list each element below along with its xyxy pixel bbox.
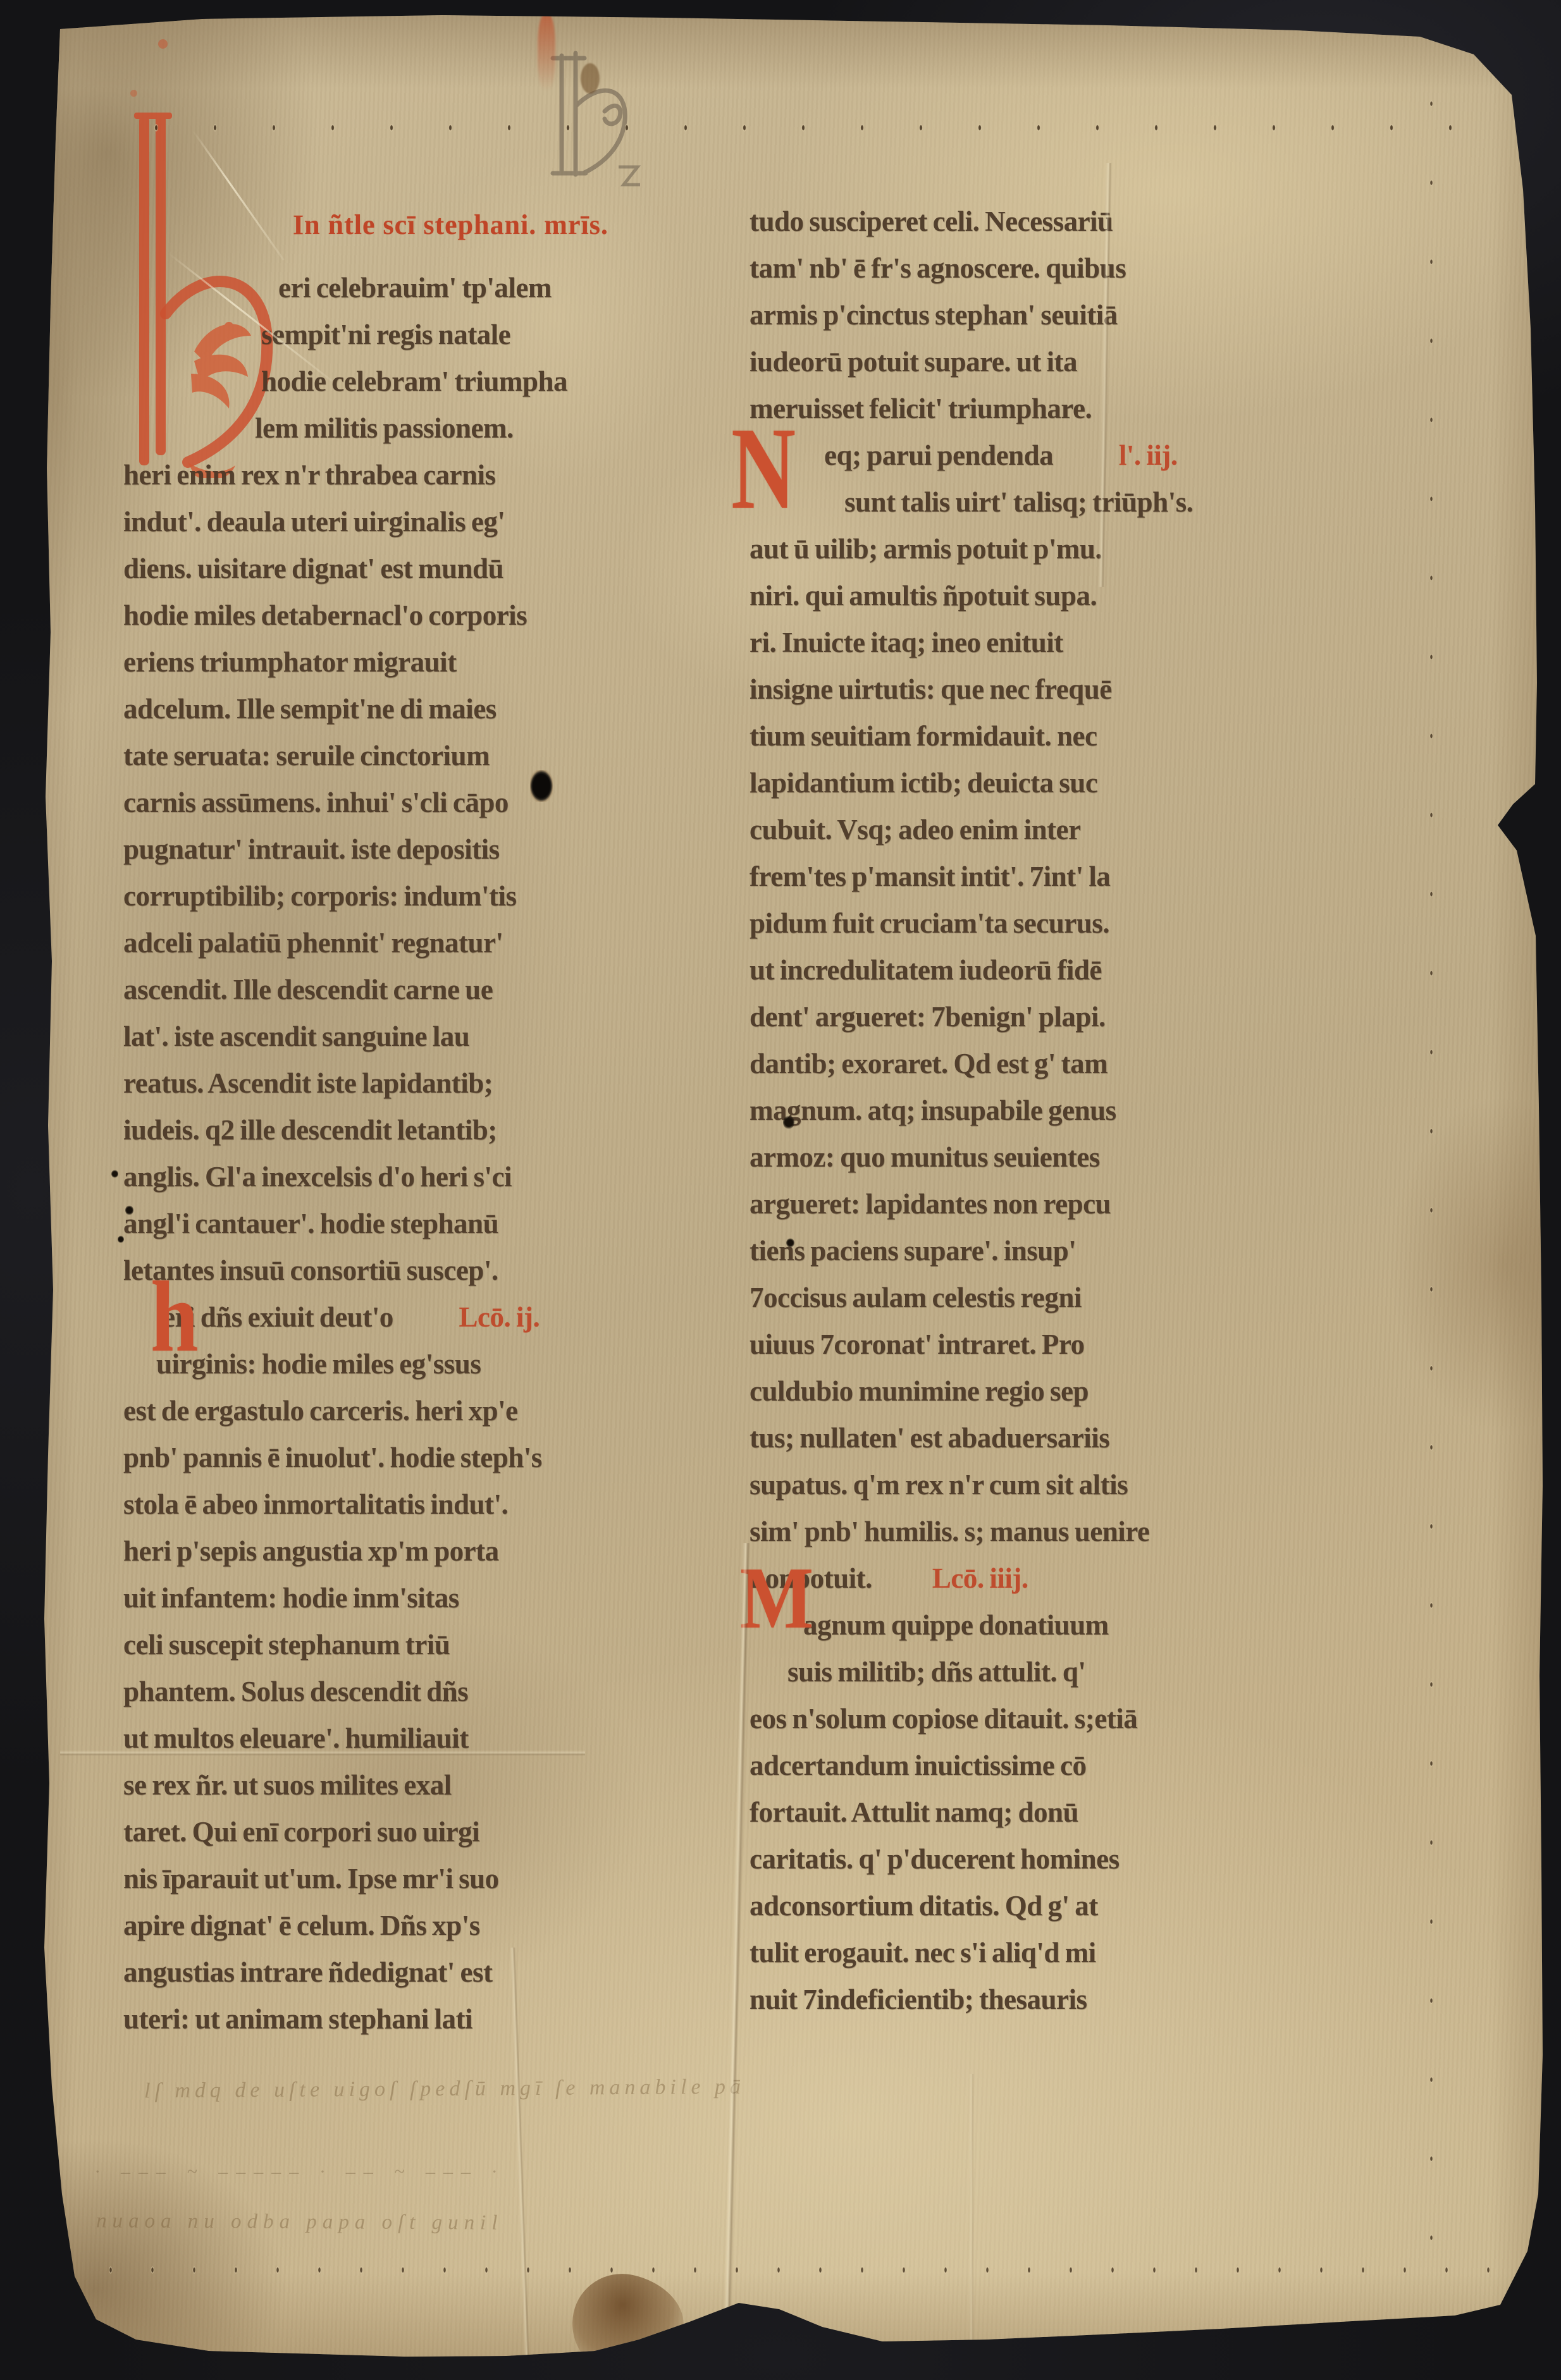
text-line: carnis assūmens. inhui' s'cli cāpo bbox=[123, 779, 591, 826]
text-line: suis militib; dñs attulit. q' bbox=[750, 1648, 1293, 1695]
text-line: adceli palatiū phennit' regnatur' bbox=[123, 919, 591, 966]
text-line: adconsortium ditatis. Qd g' at bbox=[750, 1882, 1293, 1929]
text-run: lem militis passionem. bbox=[255, 412, 514, 444]
text-line: diens. uisitare dignat' est mundū bbox=[123, 545, 591, 592]
text-line: niri. qui amultis ñpotuit supa. bbox=[750, 572, 1293, 619]
text-line: eq; parui pendenda l'. iij. bbox=[750, 432, 1293, 479]
text-run: adceli palatiū phennit' regnatur' bbox=[123, 927, 503, 959]
text-run: pugnatur' intrauit. iste depositis bbox=[123, 833, 500, 865]
text-run: eos n'solum copiose ditauit. s;etiā bbox=[750, 1703, 1137, 1734]
text-line: uteri: ut animam stephani lati bbox=[123, 1996, 591, 2042]
text-line: tiens paciens supare'. insup' bbox=[750, 1227, 1293, 1274]
text-run: pnb' pannis ē inuolut'. hodie steph's bbox=[123, 1442, 542, 1473]
text-line: iudeis. q2 ille descendit letantib; bbox=[123, 1107, 591, 1153]
text-line: sim' pnb' humilis. s; manus uenire bbox=[750, 1508, 1293, 1555]
text-line: hodie miles detabernacl'o corporis bbox=[123, 592, 591, 639]
text-run: iudeis. q2 ille descendit letantib; bbox=[123, 1114, 497, 1146]
text-line: eos n'solum copiose ditauit. s;etiā bbox=[750, 1695, 1293, 1742]
text-line: phantem. Solus descendit dñs bbox=[123, 1668, 591, 1715]
text-run: adconsortium ditatis. Qd g' at bbox=[750, 1890, 1098, 1922]
text-run: eriens triumphator migrauit bbox=[123, 646, 457, 678]
text-line: ascendit. Ille descendit carne ue bbox=[123, 966, 591, 1013]
text-run: apire dignat' ē celum. Dñs xp's bbox=[123, 1910, 480, 1941]
text-run: anglis. Gl'a inexcelsis d'o heri s'ci bbox=[123, 1161, 512, 1193]
text-run: angl'i cantauer'. hodie stephanū bbox=[123, 1208, 498, 1239]
ghost-text-line: lſ mdq de uſte uigoſ ſpedſū mgī ſe manab… bbox=[144, 2075, 745, 2104]
text-line: cubuit. Vsq; adeo enim inter bbox=[750, 806, 1293, 853]
text-line: armoz: quo munitus seuientes bbox=[750, 1134, 1293, 1181]
text-run: tus; nullaten' est abaduersariis bbox=[750, 1422, 1109, 1454]
wormhole bbox=[786, 1238, 794, 1248]
initial-heri: h bbox=[151, 1266, 199, 1367]
text-run: adcelum. Ille sempit'ne di maies bbox=[123, 693, 497, 725]
text-run: 7occisus aulam celestis regni bbox=[750, 1282, 1082, 1313]
text-line: adcertandum inuictissime cō bbox=[750, 1742, 1293, 1789]
wormhole bbox=[118, 1236, 124, 1243]
text-run: lat'. iste ascendit sanguine lau bbox=[123, 1021, 469, 1052]
text-line: hodie celebram' triumpha bbox=[123, 358, 591, 405]
text-run: ut multos eleuare'. humiliauit bbox=[123, 1722, 469, 1754]
text-run: fortauit. Attulit namq; donū bbox=[750, 1796, 1078, 1828]
text-line: tus; nullaten' est abaduersariis bbox=[750, 1414, 1293, 1461]
ink-speck bbox=[581, 63, 600, 94]
lectio-marker: Lcō. ij. bbox=[459, 1301, 540, 1333]
text-run: insigne uirtutis: que nec frequē bbox=[750, 673, 1112, 705]
text-run: uirginis: hodie miles eg'ssus bbox=[156, 1348, 481, 1380]
text-run: caritatis. q' p'ducerent homines bbox=[750, 1843, 1120, 1875]
text-line: reatus. Ascendit iste lapidantib; bbox=[123, 1060, 591, 1107]
text-line: lem militis passionem. bbox=[123, 405, 591, 451]
text-line: dantib; exoraret. Qd est g' tam bbox=[750, 1040, 1293, 1087]
text-line: nis īparauit ut'um. Ipse mr'i suo bbox=[123, 1855, 591, 1902]
text-run: taret. Qui enī corpori suo uirgi bbox=[123, 1816, 479, 1848]
photo-backdrop: In ñtle scī stephani. mrīs. eri celebrau… bbox=[0, 0, 1561, 2380]
text-line: aut ū uilib; armis potuit p'mu. bbox=[750, 525, 1293, 572]
text-run: eq; parui pendenda bbox=[824, 439, 1059, 471]
text-run: carnis assūmens. inhui' s'cli cāpo bbox=[123, 787, 509, 818]
text-run: hodie celebram' triumpha bbox=[261, 365, 567, 397]
text-line: argueret: lapidantes non repcu bbox=[750, 1181, 1293, 1227]
text-run: argueret: lapidantes non repcu bbox=[750, 1188, 1111, 1220]
ghost-text-line-2: nuaoa nu odba papa oſt gunil bbox=[96, 2209, 503, 2235]
text-line: agnum quippe donatiuum bbox=[750, 1602, 1293, 1648]
text-run: se rex ñr. ut suos milites exal bbox=[123, 1769, 452, 1801]
text-column-left: eri celebrauim' tp'alemsempit'ni regis n… bbox=[123, 264, 591, 2042]
text-run: tudo susciperet celi. Necessariū bbox=[750, 205, 1113, 237]
red-pigment-smudge bbox=[538, 14, 555, 91]
text-line: tulit erogauit. nec s'i aliq'd mi bbox=[750, 1929, 1293, 1976]
text-run: frem'tes p'mansit intit'. 7int' la bbox=[750, 861, 1110, 892]
text-line: indut'. deaula uteri uirginalis eg' bbox=[123, 498, 591, 545]
text-run: pidum fuit cruciam'ta securus. bbox=[750, 907, 1109, 939]
text-line: pugnatur' intrauit. iste depositis bbox=[123, 826, 591, 873]
text-line: iudeorū potuit supare. ut ita bbox=[750, 338, 1293, 385]
text-line: tium seuitiam formidauit. nec bbox=[750, 713, 1293, 759]
text-line: stola ē abeo inmortalitatis indut'. bbox=[123, 1481, 591, 1528]
text-run: sunt talis uirt' talisq; triūph's. bbox=[844, 486, 1193, 518]
text-run: heri p'sepis angustia xp'm porta bbox=[123, 1535, 499, 1567]
crease-line bbox=[969, 2074, 974, 2359]
text-run: tam' nb' ē fr's agnoscere. quibus bbox=[750, 252, 1126, 284]
text-line: meruisset felicit' triumphare. bbox=[750, 385, 1293, 432]
text-line: est de ergastulo carceris. heri xp'e bbox=[123, 1387, 591, 1434]
pricking-column-right bbox=[1424, 95, 1438, 2257]
text-run: tulit erogauit. nec s'i aliq'd mi bbox=[750, 1937, 1096, 1968]
text-line: supatus. q'm rex n'r cum sit altis bbox=[750, 1461, 1293, 1508]
text-run: angustias intrare ñdedignat' est bbox=[123, 1956, 492, 1988]
text-run: tiens paciens supare'. insup' bbox=[750, 1235, 1076, 1267]
lectio-marker: Lcō. iiij. bbox=[932, 1562, 1028, 1594]
text-line: angustias intrare ñdedignat' est bbox=[123, 1949, 591, 1996]
initial-nec: N bbox=[731, 410, 796, 527]
text-line: se rex ñr. ut suos milites exal bbox=[123, 1762, 591, 1808]
initial-magnum: M bbox=[740, 1554, 813, 1643]
text-run: magnum. atq; insupabile genus bbox=[750, 1095, 1116, 1126]
text-line: pidum fuit cruciam'ta securus. bbox=[750, 900, 1293, 947]
text-run: corruptibilib; corporis: indum'tis bbox=[123, 880, 517, 912]
text-line: heri enim rex n'r thrabea carnis bbox=[123, 451, 591, 498]
text-run: ri. Inuicte itaq; ineo enituit bbox=[750, 627, 1063, 658]
text-run: reatus. Ascendit iste lapidantib; bbox=[123, 1067, 493, 1099]
text-line: caritatis. q' p'ducerent homines bbox=[750, 1836, 1293, 1882]
text-line: pnb' pannis ē inuolut'. hodie steph's bbox=[123, 1434, 591, 1481]
text-run: est de ergastulo carceris. heri xp'e bbox=[123, 1395, 518, 1426]
text-line: magnum. atq; insupabile genus bbox=[750, 1087, 1293, 1134]
wormhole bbox=[111, 1170, 118, 1178]
text-run: tate seruata: seruile cinctorium bbox=[123, 740, 490, 771]
text-run: adcertandum inuictissime cō bbox=[750, 1750, 1086, 1781]
text-run: sim' pnb' humilis. s; manus uenire bbox=[750, 1516, 1149, 1547]
text-run: celi suscepit stephanum triū bbox=[123, 1629, 450, 1660]
text-line: culdubio munimine regio sep bbox=[750, 1368, 1293, 1414]
text-run: ut incredulitatem iudeorū fidē bbox=[750, 954, 1102, 986]
text-run: armoz: quo munitus seuientes bbox=[750, 1141, 1100, 1173]
text-run: sempit'ni regis natale bbox=[261, 319, 510, 350]
text-run: aut ū uilib; armis potuit p'mu. bbox=[750, 533, 1102, 565]
text-line: eriens triumphator migrauit bbox=[123, 639, 591, 685]
text-run: ascendit. Ille descendit carne ue bbox=[123, 974, 493, 1005]
text-run: indut'. deaula uteri uirginalis eg' bbox=[123, 506, 505, 537]
text-run: iudeorū potuit supare. ut ita bbox=[750, 346, 1077, 377]
text-line: tam' nb' ē fr's agnoscere. quibus bbox=[750, 245, 1293, 291]
text-line: nuit 7indeficientib; thesauris bbox=[750, 1976, 1293, 2023]
text-line: frem'tes p'mansit intit'. 7int' la bbox=[750, 853, 1293, 900]
text-line: ut incredulitatem iudeorū fidē bbox=[750, 947, 1293, 993]
text-run: stola ē abeo inmortalitatis indut'. bbox=[123, 1488, 508, 1520]
text-run: lapidantium ictib; deuicta suc bbox=[750, 767, 1097, 799]
text-run: niri. qui amultis ñpotuit supa. bbox=[750, 580, 1097, 611]
text-line: corruptibilib; corporis: indum'tis bbox=[123, 873, 591, 919]
text-line: sempit'ni regis natale bbox=[123, 311, 591, 358]
ghost-scribble-line: · ––– ~ ––––– · –– ~ ––– · bbox=[95, 2161, 505, 2183]
red-speck bbox=[158, 39, 168, 49]
rubric-heading-text: In ñtle scī stephani. mrīs. bbox=[293, 209, 608, 240]
crease-line bbox=[60, 1750, 585, 1756]
wormhole bbox=[125, 1205, 133, 1215]
text-line: apire dignat' ē celum. Dñs xp's bbox=[123, 1902, 591, 1949]
text-run: dantib; exoraret. Qd est g' tam bbox=[750, 1048, 1108, 1079]
text-line: ri. Inuicte itaq; ineo enituit bbox=[750, 619, 1293, 666]
text-line: heri p'sepis angustia xp'm porta bbox=[123, 1528, 591, 1574]
text-run: uiuus 7coronat' intraret. Pro bbox=[750, 1328, 1085, 1360]
text-run: uit infantem: hodie inm'sitas bbox=[123, 1582, 459, 1614]
text-run: supatus. q'm rex n'r cum sit altis bbox=[750, 1469, 1128, 1500]
text-run: hodie miles detabernacl'o corporis bbox=[123, 599, 527, 631]
text-line: taret. Qui enī corpori suo uirgi bbox=[123, 1808, 591, 1855]
text-run: suis militib; dñs attulit. q' bbox=[787, 1656, 1085, 1688]
text-line: adcelum. Ille sempit'ne di maies bbox=[123, 685, 591, 732]
text-line: nonpotuit.Lcō. iiij. bbox=[750, 1555, 1293, 1602]
text-line: anglis. Gl'a inexcelsis d'o heri s'ci bbox=[123, 1153, 591, 1200]
pricking-row-top bbox=[149, 121, 1471, 134]
text-line: insigne uirtutis: que nec frequē bbox=[750, 666, 1293, 713]
text-line: uiuus 7coronat' intraret. Pro bbox=[750, 1321, 1293, 1368]
parchment-hole bbox=[530, 770, 553, 802]
text-run: culdubio munimine regio sep bbox=[750, 1375, 1089, 1407]
pricking-row-bottom bbox=[104, 2264, 1496, 2276]
text-run: heri enim rex n'r thrabea carnis bbox=[123, 459, 496, 491]
text-run: tium seuitiam formidauit. nec bbox=[750, 720, 1097, 752]
text-run: diens. uisitare dignat' est mundū bbox=[123, 553, 503, 584]
text-line: dent' argueret: 7benign' plapi. bbox=[750, 993, 1293, 1040]
text-line: lat'. iste ascendit sanguine lau bbox=[123, 1013, 591, 1060]
text-run: nis īparauit ut'um. Ipse mr'i suo bbox=[123, 1863, 499, 1894]
lectio-marker: l'. iij. bbox=[1119, 439, 1178, 471]
text-column-right: tudo susciperet celi. Necessariūtam' nb'… bbox=[750, 198, 1293, 2023]
text-line: angl'i cantauer'. hodie stephanū bbox=[123, 1200, 591, 1247]
text-line: 7occisus aulam celestis regni bbox=[750, 1274, 1293, 1321]
text-run: uteri: ut animam stephani lati bbox=[123, 2003, 472, 2035]
text-line: armis p'cinctus stephan' seuitiā bbox=[750, 291, 1293, 338]
red-speck bbox=[130, 90, 137, 97]
text-line: fortauit. Attulit namq; donū bbox=[750, 1789, 1293, 1836]
text-run: agnum quippe donatiuum bbox=[803, 1609, 1109, 1641]
text-run: armis p'cinctus stephan' seuitiā bbox=[750, 299, 1118, 331]
text-run: eri celebrauim' tp'alem bbox=[278, 272, 552, 304]
text-line: tudo susciperet celi. Necessariū bbox=[750, 198, 1293, 245]
text-run: dent' argueret: 7benign' plapi. bbox=[750, 1001, 1106, 1033]
wormhole bbox=[783, 1115, 794, 1129]
text-run: nuit 7indeficientib; thesauris bbox=[750, 1984, 1087, 2015]
text-run: phantem. Solus descendit dñs bbox=[123, 1676, 468, 1707]
text-line: tate seruata: seruile cinctorium bbox=[123, 732, 591, 779]
text-line: celi suscepit stephanum triū bbox=[123, 1621, 591, 1668]
text-run: cubuit. Vsq; adeo enim inter bbox=[750, 814, 1080, 845]
text-line: lapidantium ictib; deuicta suc bbox=[750, 759, 1293, 806]
text-line: uit infantem: hodie inm'sitas bbox=[123, 1574, 591, 1621]
text-line: sunt talis uirt' talisq; triūph's. bbox=[750, 479, 1293, 525]
parchment-leaf: In ñtle scī stephani. mrīs. eri celebrau… bbox=[0, 0, 1561, 2380]
text-run: meruisset felicit' triumphare. bbox=[750, 393, 1092, 424]
